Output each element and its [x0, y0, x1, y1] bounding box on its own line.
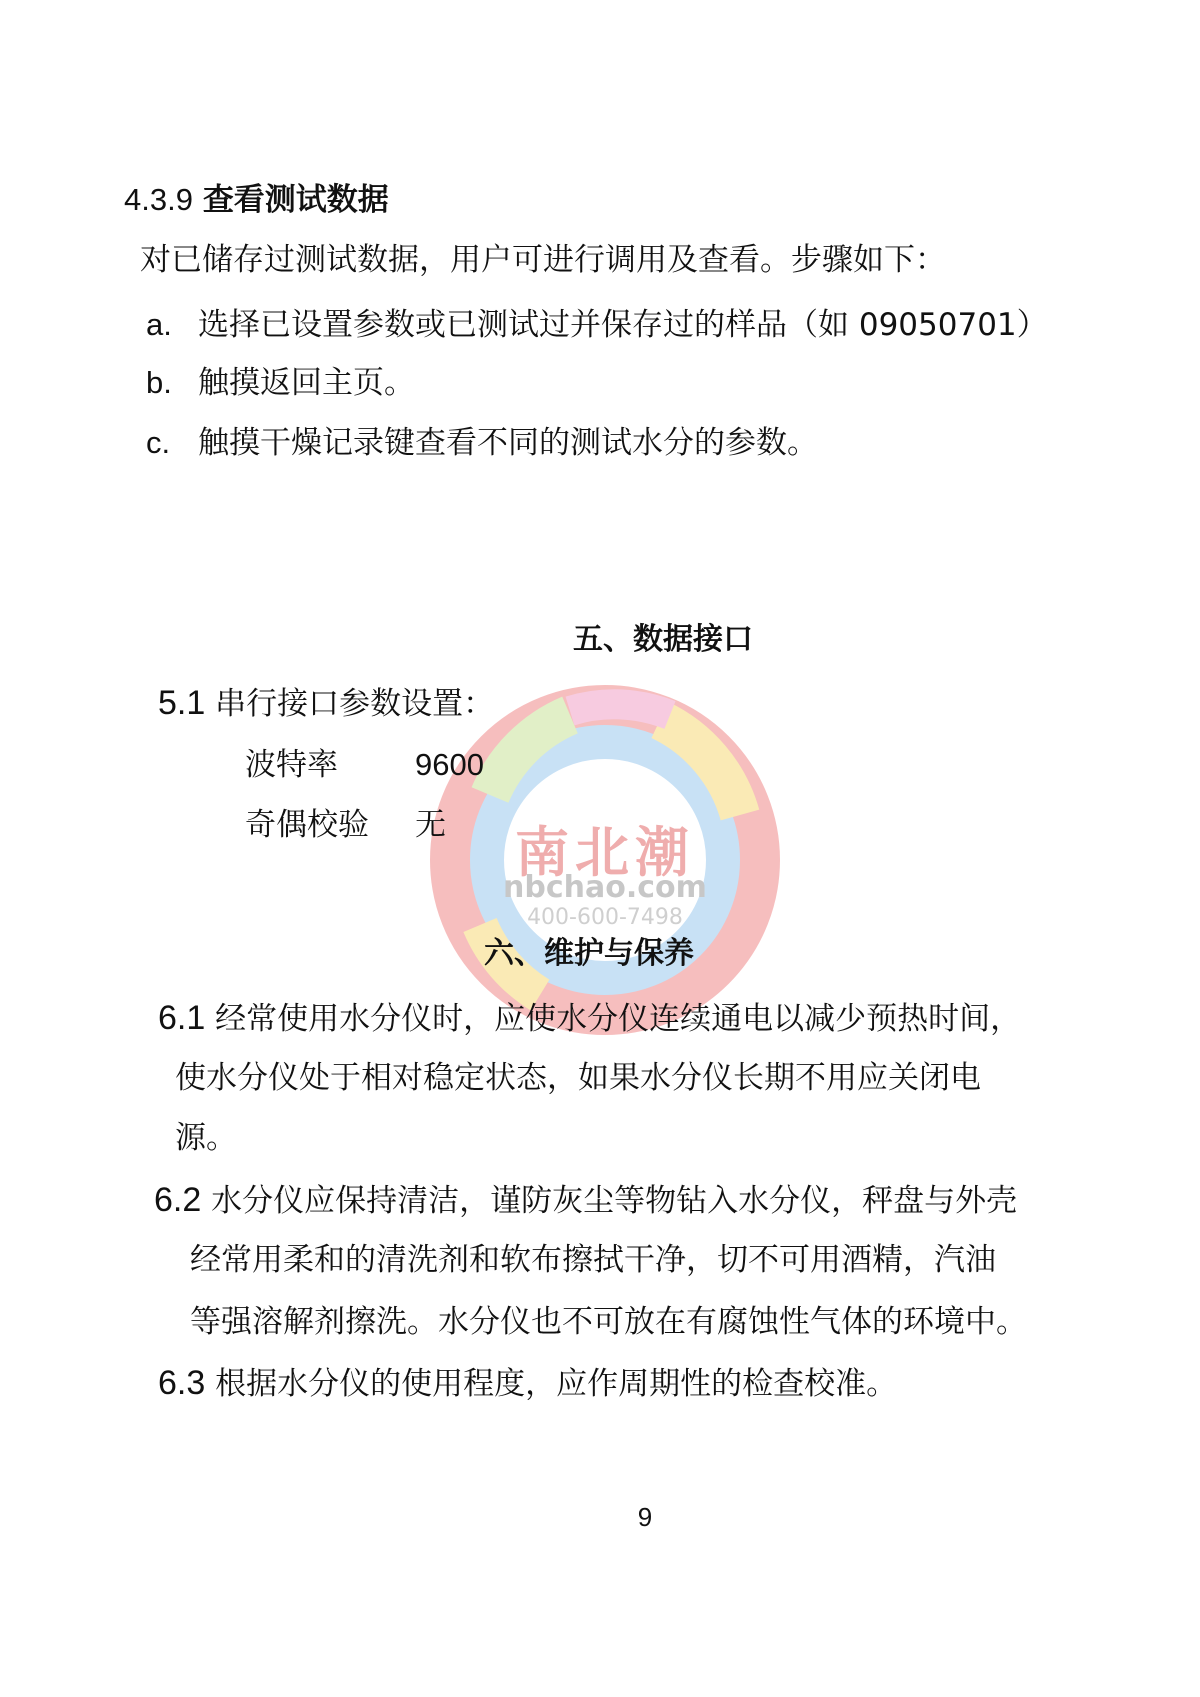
item-text: 经常使用水分仪时，应使水分仪连续通电以减少预热时间， — [215, 1001, 1021, 1037]
watermark-url: nbchao.com — [420, 870, 790, 905]
step-label: c. — [146, 423, 198, 463]
section-number: 4.3.9 — [124, 182, 193, 217]
item-6-2-line-1: 6.2 水分仪应保持清洁，谨防灰尘等物钻入水分仪，秤盘与外壳 — [154, 1180, 1017, 1221]
item-6-1-line-1: 6.1 经常使用水分仪时，应使水分仪连续通电以减少预热时间， — [158, 998, 1021, 1039]
item-text: 根据水分仪的使用程度，应作周期性的检查校准。 — [215, 1366, 897, 1402]
item-number: 6.2 — [154, 1181, 201, 1219]
chapter-6-title: 六、维护与保养 — [484, 934, 694, 974]
step-label: a. — [146, 305, 198, 345]
item-6-1-line-2: 使水分仪处于相对稳定状态，如果水分仪长期不用应关闭电 — [175, 1058, 981, 1098]
chapter-5-title: 五、数据接口 — [573, 620, 753, 660]
subsection-5-1: 5.1 串行接口参数设置： — [158, 683, 494, 724]
subsection-title: 串行接口参数设置： — [215, 686, 494, 722]
step-text: 选择已设置参数或已测试过并保存过的样品（如 09050701） — [198, 307, 1048, 343]
section-heading-4-3-9: 4.3.9 查看测试数据 — [124, 180, 389, 220]
step-text: 触摸干燥记录键查看不同的测试水分的参数。 — [198, 425, 818, 461]
page-number: 9 — [0, 1502, 1200, 1533]
step-item-a: a.选择已设置参数或已测试过并保存过的样品（如 09050701） — [146, 305, 1048, 345]
item-6-3-line-1: 6.3 根据水分仪的使用程度，应作周期性的检查校准。 — [158, 1363, 897, 1404]
param-name: 波特率 — [245, 745, 415, 785]
item-6-2-line-2: 经常用柔和的清洗剂和软布擦拭干净，切不可用酒精，汽油 — [190, 1240, 996, 1280]
param-value: 无 — [415, 807, 446, 843]
subsection-number: 5.1 — [158, 684, 205, 722]
param-name: 奇偶校验 — [245, 805, 415, 845]
section-intro: 对已储存过测试数据，用户可进行调用及查看。步骤如下： — [140, 240, 946, 280]
step-label: b. — [146, 363, 198, 403]
step-text: 触摸返回主页。 — [198, 365, 415, 401]
step-item-c: c.触摸干燥记录键查看不同的测试水分的参数。 — [146, 423, 818, 463]
param-value: 9600 — [415, 747, 484, 782]
nbchao-watermark: 南北潮 nbchao.com 400-600-7498 — [420, 675, 790, 1045]
watermark-phone: 400-600-7498 — [420, 905, 790, 930]
paint-splash-ring-icon — [420, 675, 790, 1045]
item-text: 水分仪应保持清洁，谨防灰尘等物钻入水分仪，秤盘与外壳 — [211, 1183, 1017, 1219]
item-6-2-line-3: 等强溶解剂擦洗。水分仪也不可放在有腐蚀性气体的环境中。 — [190, 1302, 1027, 1342]
param-row-parity: 奇偶校验无 — [245, 805, 446, 845]
item-number: 6.1 — [158, 999, 205, 1037]
section-title: 查看测试数据 — [203, 182, 389, 218]
item-number: 6.3 — [158, 1364, 205, 1402]
step-item-b: b.触摸返回主页。 — [146, 363, 415, 403]
param-row-baud-rate: 波特率9600 — [245, 745, 484, 785]
item-6-1-line-3: 源。 — [175, 1118, 237, 1158]
watermark-cn: 南北潮 — [420, 810, 790, 887]
